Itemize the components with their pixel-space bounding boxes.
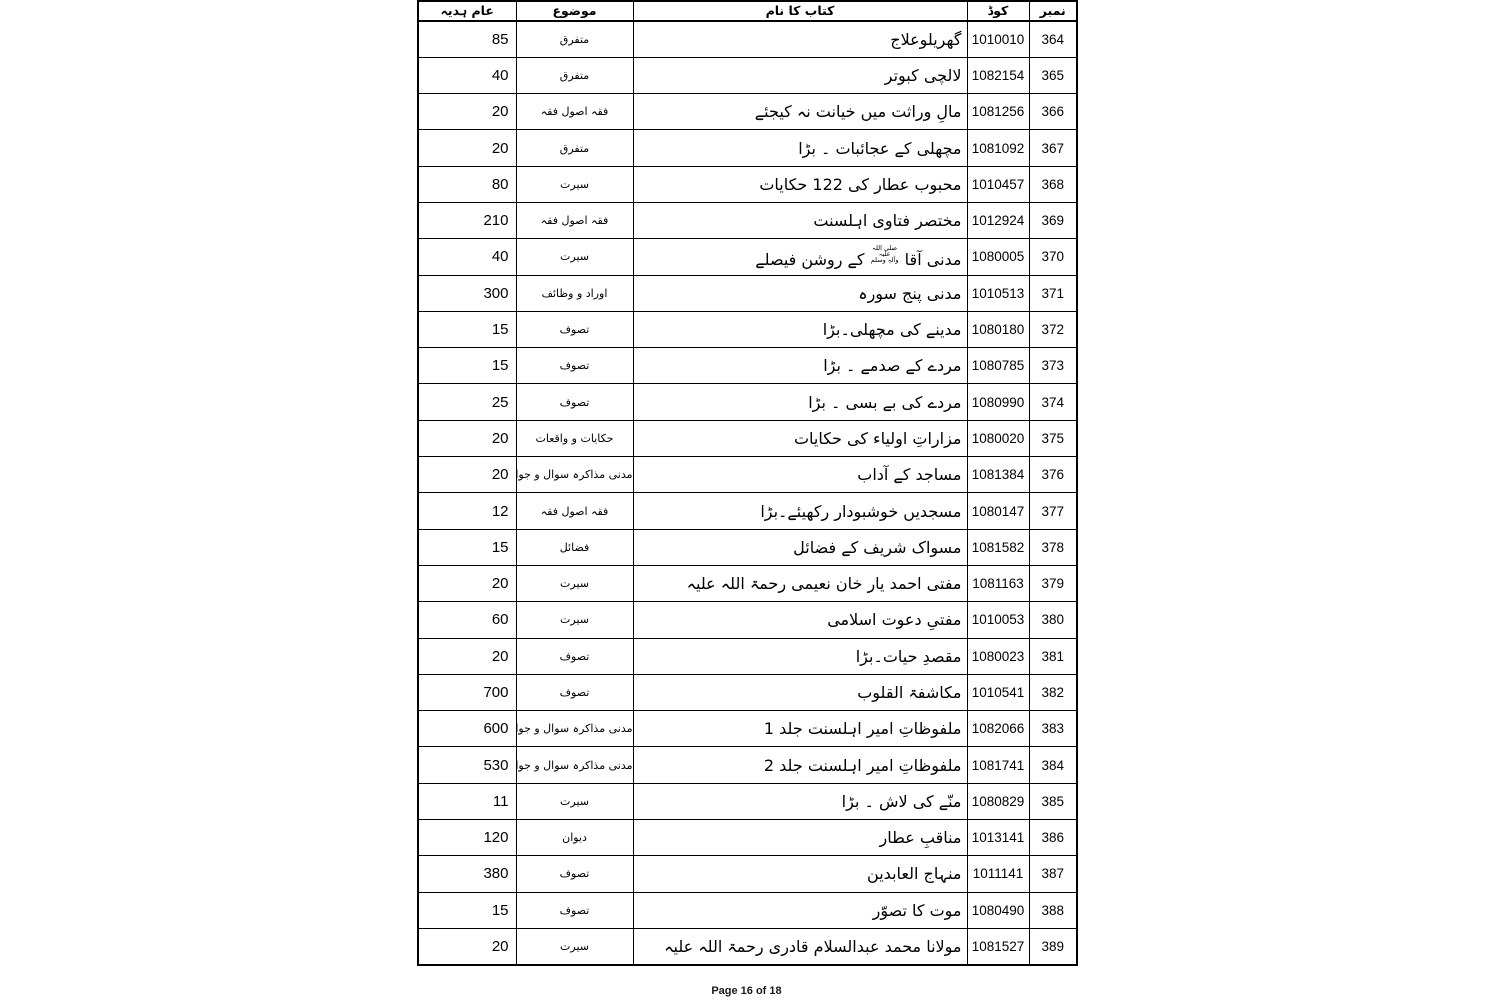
book-name-cell: مفتی احمد یار خان نعیمی رحمۃ اللہ علیہ xyxy=(633,565,967,601)
table-row: 15 فضائل مسواک شریف کے فضائل 1081582 378 xyxy=(418,529,1077,565)
table-row: 20 متفرق مچھلی کے عجائبات ۔ بڑا 1081092 … xyxy=(418,130,1077,166)
book-name-cell: مدنی پنج سورہ xyxy=(633,275,967,311)
table-row: 20 سیرت مفتی احمد یار خان نعیمی رحمۃ الل… xyxy=(418,565,1077,601)
number-cell: 365 xyxy=(1029,57,1077,93)
book-name-cell: گھریلوعلاج xyxy=(633,21,967,57)
table-row: 40 سیرت مدنی آقا صلی اللہ علیہوآلہٖ وسلم… xyxy=(418,239,1077,275)
donation-cell: 40 xyxy=(418,57,516,93)
subject-cell: متفرق xyxy=(516,130,633,166)
donation-cell: 300 xyxy=(418,275,516,311)
donation-cell: 60 xyxy=(418,602,516,638)
header-subject: موضوع xyxy=(516,1,633,21)
donation-cell: 600 xyxy=(418,711,516,747)
subject-cell: سیرت xyxy=(516,783,633,819)
donation-cell: 15 xyxy=(418,529,516,565)
donation-cell: 20 xyxy=(418,420,516,456)
donation-cell: 15 xyxy=(418,892,516,928)
subject-cell: سیرت xyxy=(516,565,633,601)
table-row: 60 سیرت مفتیِ دعوت اسلامی 1010053 380 xyxy=(418,602,1077,638)
donation-cell: 15 xyxy=(418,348,516,384)
donation-cell: 20 xyxy=(418,928,516,964)
donation-cell: 120 xyxy=(418,820,516,856)
number-cell: 377 xyxy=(1029,493,1077,529)
durood-honorific: صلی اللہ علیہوآلہٖ وسلم xyxy=(871,245,899,263)
donation-cell: 12 xyxy=(418,493,516,529)
subject-cell: سیرت xyxy=(516,928,633,964)
code-cell: 1080147 xyxy=(967,493,1029,529)
code-cell: 1080990 xyxy=(967,384,1029,420)
code-cell: 1080490 xyxy=(967,892,1029,928)
table-row: 11 سیرت منّے کی لاش ۔ بڑا 1080829 385 xyxy=(418,783,1077,819)
donation-cell: 20 xyxy=(418,130,516,166)
book-name-cell: محبوب عطار کی 122 حکایات xyxy=(633,166,967,202)
number-cell: 388 xyxy=(1029,892,1077,928)
code-cell: 1081163 xyxy=(967,565,1029,601)
number-cell: 366 xyxy=(1029,94,1077,130)
book-name-cell: منّے کی لاش ۔ بڑا xyxy=(633,783,967,819)
code-cell: 1080829 xyxy=(967,783,1029,819)
subject-cell: حکایات و واقعات xyxy=(516,420,633,456)
book-name-cell: مولانا محمد عبدالسلام قادری رحمۃ اللہ عل… xyxy=(633,928,967,964)
code-cell: 1013141 xyxy=(967,820,1029,856)
donation-cell: 85 xyxy=(418,21,516,57)
code-cell: 1011141 xyxy=(967,856,1029,892)
number-cell: 364 xyxy=(1029,21,1077,57)
number-cell: 386 xyxy=(1029,820,1077,856)
number-cell: 373 xyxy=(1029,348,1077,384)
code-cell: 1010513 xyxy=(967,275,1029,311)
table-row: 20 حکایات و واقعات مزاراتِ اولیاء کی حکا… xyxy=(418,420,1077,456)
donation-cell: 20 xyxy=(418,457,516,493)
number-cell: 385 xyxy=(1029,783,1077,819)
number-cell: 367 xyxy=(1029,130,1077,166)
code-cell: 1010457 xyxy=(967,166,1029,202)
number-cell: 371 xyxy=(1029,275,1077,311)
code-cell: 1080180 xyxy=(967,311,1029,347)
number-cell: 384 xyxy=(1029,747,1077,783)
number-cell: 383 xyxy=(1029,711,1077,747)
subject-cell: فقہ اصول فقہ xyxy=(516,493,633,529)
table-row: 120 دیوان مناقبِ عطار 1013141 386 xyxy=(418,820,1077,856)
donation-cell: 25 xyxy=(418,384,516,420)
subject-cell: متفرق xyxy=(516,21,633,57)
donation-cell: 530 xyxy=(418,747,516,783)
table-row: 15 تصوف مدینے کی مچھلی۔بڑا 1080180 372 xyxy=(418,311,1077,347)
number-cell: 382 xyxy=(1029,674,1077,710)
number-cell: 379 xyxy=(1029,565,1077,601)
donation-cell: 210 xyxy=(418,202,516,238)
code-cell: 1081092 xyxy=(967,130,1029,166)
table-row: 85 متفرق گھریلوعلاج 1010010 364 xyxy=(418,21,1077,57)
subject-cell: فقہ اصول فقہ xyxy=(516,94,633,130)
number-cell: 380 xyxy=(1029,602,1077,638)
page-footer: Page 16 of 18 xyxy=(417,985,1076,997)
donation-cell: 20 xyxy=(418,565,516,601)
number-cell: 389 xyxy=(1029,928,1077,964)
code-cell: 1080785 xyxy=(967,348,1029,384)
header-number: نمبر xyxy=(1029,1,1077,21)
code-cell: 1081741 xyxy=(967,747,1029,783)
code-cell: 1012924 xyxy=(967,202,1029,238)
donation-cell: 80 xyxy=(418,166,516,202)
document-page: عام ہدیہ موضوع کتاب کا نام کوڈ نمبر 85 م… xyxy=(0,0,1500,1000)
table-row: 20 فقہ اصول فقہ مالِ وراثت میں خیانت نہ … xyxy=(418,94,1077,130)
book-name-cell: مسجدیں خوشبودار رکھیئے۔بڑا xyxy=(633,493,967,529)
subject-cell: تصوف xyxy=(516,856,633,892)
header-row: عام ہدیہ موضوع کتاب کا نام کوڈ نمبر xyxy=(418,1,1077,21)
code-cell: 1010053 xyxy=(967,602,1029,638)
books-table: عام ہدیہ موضوع کتاب کا نام کوڈ نمبر 85 م… xyxy=(417,0,1078,966)
book-name-cell: مختصر فتاوی اہلسنت xyxy=(633,202,967,238)
book-name-cell: منہاج العابدین xyxy=(633,856,967,892)
number-cell: 376 xyxy=(1029,457,1077,493)
donation-cell: 20 xyxy=(418,94,516,130)
table-row: 530 مدنی مذاکرہ سوال و جواب ملفوظاتِ امی… xyxy=(418,747,1077,783)
header-code: کوڈ xyxy=(967,1,1029,21)
number-cell: 375 xyxy=(1029,420,1077,456)
number-cell: 369 xyxy=(1029,202,1077,238)
subject-cell: دیوان xyxy=(516,820,633,856)
book-name-cell: مکاشفۃ القلوب xyxy=(633,674,967,710)
subject-cell: تصوف xyxy=(516,638,633,674)
number-cell: 374 xyxy=(1029,384,1077,420)
donation-cell: 380 xyxy=(418,856,516,892)
table-row: 20 مدنی مذاکرہ سوال و جواب مساجد کے آداب… xyxy=(418,457,1077,493)
subject-cell: تصوف xyxy=(516,348,633,384)
subject-cell: مدنی مذاکرہ سوال و جواب xyxy=(516,747,633,783)
book-name-cell: مالِ وراثت میں خیانت نہ کیجئے xyxy=(633,94,967,130)
number-cell: 387 xyxy=(1029,856,1077,892)
book-name-cell: مزاراتِ اولیاء کی حکایات xyxy=(633,420,967,456)
header-book-name: کتاب کا نام xyxy=(633,1,967,21)
book-name-cell: مسواک شریف کے فضائل xyxy=(633,529,967,565)
number-cell: 381 xyxy=(1029,638,1077,674)
code-cell: 1080005 xyxy=(967,239,1029,275)
header-donation: عام ہدیہ xyxy=(418,1,516,21)
table-row: 12 فقہ اصول فقہ مسجدیں خوشبودار رکھیئے۔ب… xyxy=(418,493,1077,529)
table-row: 600 مدنی مذاکرہ سوال و جواب ملفوظاتِ امی… xyxy=(418,711,1077,747)
code-cell: 1081582 xyxy=(967,529,1029,565)
subject-cell: تصوف xyxy=(516,892,633,928)
book-name-cell: مساجد کے آداب xyxy=(633,457,967,493)
code-cell: 1081384 xyxy=(967,457,1029,493)
subject-cell: اوراد و وظائف xyxy=(516,275,633,311)
table-row: 40 متفرق لالچی کبوتر 1082154 365 xyxy=(418,57,1077,93)
donation-cell: 700 xyxy=(418,674,516,710)
table-row: 15 تصوف موت کا تصوّر 1080490 388 xyxy=(418,892,1077,928)
book-name-cell: مفتیِ دعوت اسلامی xyxy=(633,602,967,638)
table-row: 25 تصوف مردے کی بے بسی ۔ بڑا 1080990 374 xyxy=(418,384,1077,420)
book-name-cell: مناقبِ عطار xyxy=(633,820,967,856)
subject-cell: تصوف xyxy=(516,311,633,347)
table-row: 20 سیرت مولانا محمد عبدالسلام قادری رحمۃ… xyxy=(418,928,1077,964)
donation-cell: 40 xyxy=(418,239,516,275)
subject-cell: سیرت xyxy=(516,239,633,275)
table-row: 80 سیرت محبوب عطار کی 122 حکایات 1010457… xyxy=(418,166,1077,202)
code-cell: 1081527 xyxy=(967,928,1029,964)
subject-cell: تصوف xyxy=(516,384,633,420)
subject-cell: فضائل xyxy=(516,529,633,565)
book-name-cell: مدینے کی مچھلی۔بڑا xyxy=(633,311,967,347)
subject-cell: تصوف xyxy=(516,674,633,710)
donation-cell: 15 xyxy=(418,311,516,347)
book-name-cell: لالچی کبوتر xyxy=(633,57,967,93)
code-cell: 1081256 xyxy=(967,94,1029,130)
number-cell: 372 xyxy=(1029,311,1077,347)
book-name-cell: مدنی آقا صلی اللہ علیہوآلہٖ وسلم کے روشن… xyxy=(633,239,967,275)
book-name-cell: مردے کی بے بسی ۔ بڑا xyxy=(633,384,967,420)
table-row: 380 تصوف منہاج العابدین 1011141 387 xyxy=(418,856,1077,892)
subject-cell: سیرت xyxy=(516,166,633,202)
book-name-cell: مردے کے صدمے ۔ بڑا xyxy=(633,348,967,384)
table-row: 20 تصوف مقصدِ حیات۔بڑا 1080023 381 xyxy=(418,638,1077,674)
subject-cell: مدنی مذاکرہ سوال و جواب xyxy=(516,457,633,493)
number-cell: 378 xyxy=(1029,529,1077,565)
book-name-cell: مقصدِ حیات۔بڑا xyxy=(633,638,967,674)
donation-cell: 20 xyxy=(418,638,516,674)
table-row: 300 اوراد و وظائف مدنی پنج سورہ 1010513 … xyxy=(418,275,1077,311)
donation-cell: 11 xyxy=(418,783,516,819)
subject-cell: مدنی مذاکرہ سوال و جواب xyxy=(516,711,633,747)
book-name-cell: مچھلی کے عجائبات ۔ بڑا xyxy=(633,130,967,166)
book-name-cell: ملفوظاتِ امیر اہلسنت جلد 2 xyxy=(633,747,967,783)
book-name-cell: ملفوظاتِ امیر اہلسنت جلد 1 xyxy=(633,711,967,747)
subject-cell: سیرت xyxy=(516,602,633,638)
table-body: 85 متفرق گھریلوعلاج 1010010 364 40 متفرق… xyxy=(418,21,1077,965)
table-row: 210 فقہ اصول فقہ مختصر فتاوی اہلسنت 1012… xyxy=(418,202,1077,238)
code-cell: 1080023 xyxy=(967,638,1029,674)
number-cell: 370 xyxy=(1029,239,1077,275)
code-cell: 1082066 xyxy=(967,711,1029,747)
book-name-cell: موت کا تصوّر xyxy=(633,892,967,928)
code-cell: 1010541 xyxy=(967,674,1029,710)
code-cell: 1080020 xyxy=(967,420,1029,456)
number-cell: 368 xyxy=(1029,166,1077,202)
code-cell: 1010010 xyxy=(967,21,1029,57)
table-row: 700 تصوف مکاشفۃ القلوب 1010541 382 xyxy=(418,674,1077,710)
subject-cell: فقہ اصول فقہ xyxy=(516,202,633,238)
code-cell: 1082154 xyxy=(967,57,1029,93)
table-row: 15 تصوف مردے کے صدمے ۔ بڑا 1080785 373 xyxy=(418,348,1077,384)
subject-cell: متفرق xyxy=(516,57,633,93)
